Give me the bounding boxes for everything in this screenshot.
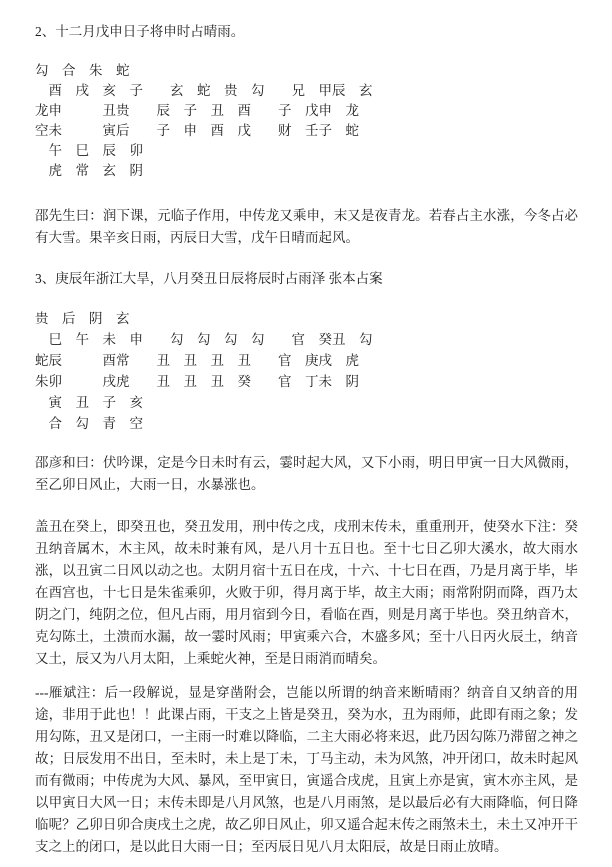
section-case-2: 2、十二月戊申日子将申时占晴雨。 勾 合 朱 蛇 酉 戌 亥 子 玄 蛇 贵 勾… [35, 22, 578, 249]
chart-row-plate-bottom: 寅 丑 子 亥 [35, 392, 578, 413]
case-3-yanbin-note: ---雁斌注：后一段解说，显是穿凿附会，岂能以所谓的纳音来断晴雨？纳音自又纳音的… [35, 682, 578, 858]
case-2-heading: 2、十二月戊申日子将申时占晴雨。 [35, 22, 578, 41]
chart-row-plate-top: 巳 午 未 申 勾 勾 勾 勾 官 癸丑 勾 [35, 329, 578, 350]
chart-row-plate-top: 酉 戌 亥 子 玄 蛇 贵 勾 兄 甲辰 玄 [35, 81, 578, 101]
document-page: 2、十二月戊申日子将申时占晴雨。 勾 合 朱 蛇 酉 戌 亥 子 玄 蛇 贵 勾… [0, 0, 612, 867]
liuren-chart-case-2: 勾 合 朱 蛇 酉 戌 亥 子 玄 蛇 贵 勾 兄 甲辰 玄 龙申 丑贵 辰 子… [35, 61, 578, 181]
case-3-commentary-shao: 邵彦和曰：伏吟课，定是今日未时有云，霎时起大风，又下小雨，明日甲寅一日大风微雨，… [35, 452, 578, 496]
chart-row-middle-2: 朱卯 戌虎 丑 丑 丑 癸 官 丁未 阴 [35, 371, 578, 392]
chart-row-generals-top: 贵 后 阴 玄 [35, 308, 578, 329]
chart-row-middle-2: 空未 寅后 子 申 酉 戊 财 壬子 蛇 [35, 121, 578, 141]
section-case-3: 3、庚辰年浙江大旱，八月癸丑日辰将辰时占雨泽 张本占案 贵 后 阴 玄 巳 午 … [35, 269, 578, 858]
case-3-heading: 3、庚辰年浙江大旱，八月癸丑日辰将辰时占雨泽 张本占案 [35, 269, 578, 288]
chart-row-generals-bottom: 合 勾 青 空 [35, 413, 578, 434]
chart-row-generals-top: 勾 合 朱 蛇 [35, 61, 578, 81]
chart-row-generals-bottom: 虎 常 玄 阴 [35, 161, 578, 181]
case-2-commentary: 邵先生曰：润下课，元临子作用，中传龙又乘申，末又是夜青龙。若春占主水涨，今冬占必… [35, 205, 578, 249]
case-3-explanation: 盖丑在癸上，即癸丑也，癸丑发用，刑中传之戌，戌刑末传未，重重刑开，使癸水下注：癸… [35, 516, 578, 670]
liuren-chart-case-3: 贵 后 阴 玄 巳 午 未 申 勾 勾 勾 勾 官 癸丑 勾 蛇辰 酉常 丑 丑… [35, 308, 578, 434]
chart-row-plate-bottom: 午 巳 辰 卯 [35, 141, 578, 161]
chart-row-middle-1: 龙申 丑贵 辰 子 丑 酉 子 戊申 龙 [35, 101, 578, 121]
chart-row-middle-1: 蛇辰 酉常 丑 丑 丑 丑 官 庚戌 虎 [35, 350, 578, 371]
